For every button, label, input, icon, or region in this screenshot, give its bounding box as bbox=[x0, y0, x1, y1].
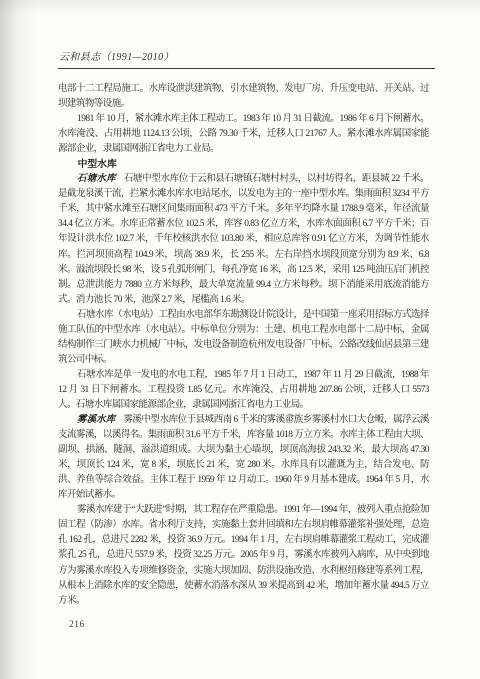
page-number: 216 bbox=[69, 620, 85, 630]
paragraph-shitang-bidding: 石塘水库（水电站）工程由水电部华东勘测设计院设计，是中国第一座采用招标方式选择施… bbox=[58, 308, 429, 368]
book-page-scan: 云和县志（1991—2010） 电部十二工程局施工。水库设泄洪建筑物、引水建筑物… bbox=[0, 0, 480, 679]
scan-gutter-shadow bbox=[0, 0, 36, 679]
paragraph-jinshuitan-construction: 1981 年 10 月，紧水滩水库主体工程动工。1983 年 10 月 31 日… bbox=[58, 112, 429, 157]
paragraph-shitang-overview: 石塘水库石塘中型水库位于云和县石塘镇石塘村村头，以村坊得名，距县城 22 千米。… bbox=[58, 172, 429, 307]
paragraph-wuxi-overview: 雾溪水库雾溪中型水库位于县城西南 6 千米的雾溪畲族乡雾溪村水口大仓畈，属浮云溪… bbox=[58, 413, 429, 503]
header-rule bbox=[58, 68, 435, 69]
scan-top-shadow bbox=[0, 0, 480, 14]
running-head: 云和县志（1991—2010） bbox=[59, 52, 436, 64]
section-heading-medium-reservoirs: 中型水库 bbox=[58, 157, 429, 172]
book-title: 云和县志（1991—2010） bbox=[59, 52, 174, 63]
entry-text-shitang-overview: 石塘中型水库位于云和县石塘镇石塘村村头，以村坊得名，距县城 22 千米。是截龙泉… bbox=[58, 174, 429, 304]
entry-text-wuxi-overview: 雾溪中型水库位于县城西南 6 千米的雾溪畲族乡雾溪村水口大仓畈，属浮云溪支流雾溪… bbox=[58, 415, 429, 500]
entry-lead-shitang-reservoir: 石塘水库 bbox=[77, 174, 116, 184]
page-body: 电部十二工程局施工。水库设泄洪建筑物、引水建筑物、发电厂房、升压变电站、开关站、… bbox=[58, 82, 429, 609]
paragraph-wuxi-reinforcement: 雾溪水库建于“大跃进”时期，其工程存在严重隐患。1991 年—1994 年，被列… bbox=[58, 503, 429, 608]
paragraph-shitang-construction: 石塘水库是单一发电的水电工程，1985 年 7 月 1 日动工，1987 年 1… bbox=[58, 368, 429, 413]
paragraph-dam-facilities-continuation: 电部十二工程局施工。水库设泄洪建筑物、引水建筑物、发电厂房、升压变电站、开关站、… bbox=[58, 82, 429, 112]
entry-lead-wuxi-reservoir: 雾溪水库 bbox=[77, 415, 115, 425]
